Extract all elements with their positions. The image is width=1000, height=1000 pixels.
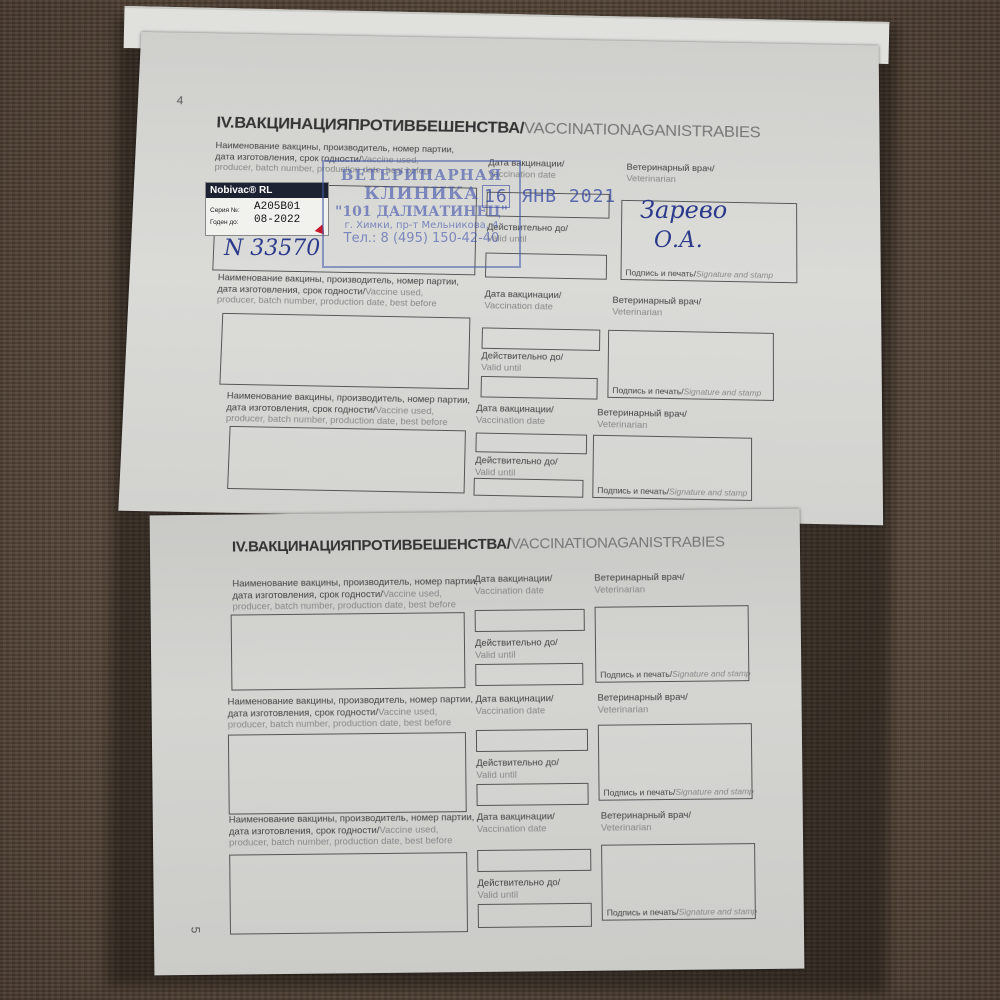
veterinarian-label: Ветеринарный врач/Veterinarian <box>626 162 714 185</box>
vaccine-box[interactable] <box>229 852 468 934</box>
sticker-brand: Nobivac® RL <box>206 183 328 198</box>
section-title-en: VACCINATIONAGANISTRABIES <box>511 533 725 552</box>
vaccine-box[interactable] <box>219 313 470 389</box>
handwritten-batch-number: N 33570 <box>224 236 320 261</box>
valid-until-label: Действительно до/Valid until <box>476 757 559 781</box>
page-number: 4 <box>176 94 183 107</box>
signature-box[interactable]: Подпись и печать/Signature and stamp <box>595 605 750 683</box>
expiry-label: Годен до: <box>210 219 239 226</box>
vaccine-sticker: Nobivac® RL Серия №: A205B01 Годен до: 0… <box>205 182 329 236</box>
vaccination-date-label: Дата вакцинации/Vaccination date <box>477 811 555 835</box>
veterinarian-label: Ветеринарный врач/Veterinarian <box>597 407 687 431</box>
vet-signature-initials: О.А. <box>654 228 703 253</box>
section-title: IV.ВАКЦИНАЦИЯПРОТИВБЕШЕНСТВА/VACCINATION… <box>232 533 725 555</box>
signature-caption: Подпись и печать/Signature and stamp <box>597 485 747 498</box>
vaccination-date-box[interactable] <box>475 433 587 455</box>
signature-caption: Подпись и печать/Signature and stamp <box>603 786 753 798</box>
vaccine-box[interactable] <box>227 426 466 494</box>
vaccination-date-label: Дата вакцинации/Vaccination date <box>475 693 553 717</box>
vaccination-date-box[interactable] <box>476 729 588 752</box>
vaccine-label: Наименование вакцины, производитель, ном… <box>232 576 478 613</box>
vaccination-date-stamp: 16 ЯНВ 2021 <box>482 185 616 208</box>
valid-until-label: Действительно до/Valid until <box>477 877 560 901</box>
page-5: 5 IV.ВАКЦИНАЦИЯПРОТИВБЕШЕНСТВА/VACCINATI… <box>150 509 805 976</box>
vaccine-label: Наименование вакцины, производитель, ном… <box>217 272 459 310</box>
vaccination-date-label: Дата вакцинации/Vaccination date <box>476 403 554 427</box>
valid-until-box[interactable] <box>475 663 583 686</box>
page-4: 4 IV.ВАКЦИНАЦИЯПРОТИВБЕШЕНСТВА/VACCINATI… <box>118 32 883 525</box>
signature-box[interactable]: Подпись и печать/Signature and stamp <box>601 843 756 921</box>
vaccination-date-label: Дата вакцинации/Vaccination date <box>474 573 552 597</box>
signature-caption: Подпись и печать/Signature and stamp <box>600 668 750 680</box>
signature-caption: Подпись и печать/Signature and stamp <box>607 906 757 918</box>
valid-until-label: Действительно до/Valid until <box>475 455 558 479</box>
signature-box[interactable]: Подпись и печать/Signature and stamp <box>607 330 774 401</box>
valid-until-box[interactable] <box>476 783 588 806</box>
valid-until-label: Действительно до/Valid until <box>481 351 563 375</box>
vet-signature-name: Зарево <box>640 196 727 224</box>
vaccine-box[interactable] <box>231 612 466 690</box>
vaccination-date-box[interactable] <box>477 849 591 872</box>
veterinarian-label: Ветеринарный врач/Veterinarian <box>612 295 701 319</box>
clinic-stamp: ВЕТЕРИНАРНАЯ КЛИНИКА "101 ДАЛМАТИНЕЦ" г.… <box>322 160 521 268</box>
valid-until-box[interactable] <box>481 376 598 400</box>
section-title-ru: IV.ВАКЦИНАЦИЯПРОТИВБЕШЕНСТВА/ <box>232 536 511 556</box>
vaccine-label: Наименование вакцины, производитель, ном… <box>226 391 471 429</box>
date-year: 2021 <box>569 186 616 207</box>
veterinarian-label: Ветеринарный врач/Veterinarian <box>594 572 684 596</box>
signature-caption: Подпись и печать/Signature and stamp <box>612 385 761 398</box>
vaccine-box[interactable] <box>228 732 467 814</box>
signature-box[interactable]: Подпись и печать/Signature and stamp <box>592 435 752 501</box>
section-title: IV.ВАКЦИНАЦИЯПРОТИВБЕШЕНСТВА/VACCINATION… <box>216 113 760 142</box>
section-title-en: VACCINATIONAGANISTRABIES <box>524 119 761 141</box>
vaccination-date-label: Дата вакцинации/Vaccination date <box>484 289 561 313</box>
expiry-value: 08-2022 <box>254 214 300 226</box>
signature-box[interactable]: Подпись и печать/Signature and stamp <box>598 723 753 801</box>
valid-until-label: Действительно до/Valid until <box>475 637 558 661</box>
section-title-ru: IV.ВАКЦИНАЦИЯПРОТИВБЕШЕНСТВА/ <box>216 113 524 136</box>
page-number: 5 <box>188 927 202 934</box>
vaccine-label: Наименование вакцины, производитель, ном… <box>229 812 475 849</box>
vaccination-date-box[interactable] <box>475 609 585 632</box>
veterinarian-label: Ветеринарный врач/Veterinarian <box>601 810 691 834</box>
series-label: Серия №: <box>210 207 240 214</box>
date-month: ЯНВ <box>522 186 558 207</box>
veterinarian-label: Ветеринарный врач/Veterinarian <box>597 692 687 716</box>
vaccination-date-box[interactable] <box>482 327 601 351</box>
series-value: A205B01 <box>254 201 300 213</box>
valid-until-box[interactable] <box>478 903 592 928</box>
vaccine-label: Наименование вакцины, производитель, ном… <box>228 694 474 731</box>
signature-caption: Подпись и печать/Signature and stamp <box>625 268 773 280</box>
date-day: 16 <box>482 185 510 208</box>
valid-until-box[interactable] <box>473 478 583 498</box>
